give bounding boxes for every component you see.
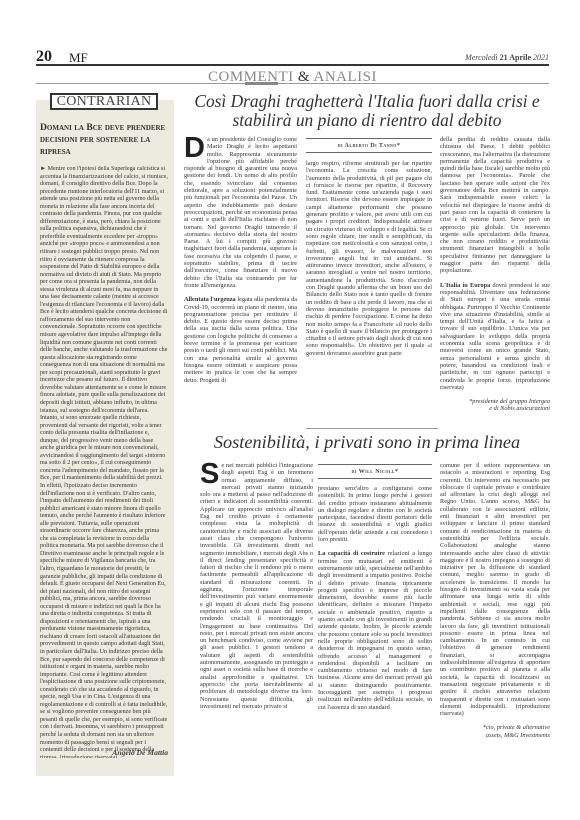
article1-col1: Da un presidente del Consiglio come Mari…	[184, 136, 297, 428]
sidebar-headline: Domani la Bce deve prendere decisioni pe…	[40, 122, 174, 158]
article-divider	[306, 428, 438, 429]
article1-subhead-1: Allentata l'urgenza	[184, 296, 236, 303]
issue-date: Mercoledì 21 Aprile 2021	[465, 53, 549, 62]
paper-name: MF	[69, 50, 88, 66]
article2-subhead: La capacità di costruire	[318, 550, 385, 557]
masthead: 20 MF Mercoledì 21 Aprile 2021	[36, 52, 549, 66]
article1-subhead-2: L'Italia in Europa	[440, 282, 490, 289]
article1-dropcap: D	[184, 137, 205, 159]
page-number: 20	[36, 48, 52, 66]
article1-headline: Così Draghi traghetterà l'Italia fuori d…	[184, 92, 550, 130]
article2-col2: prestano senz'altro a configurarsi come …	[318, 485, 432, 795]
bullet-arrow-icon: ►	[40, 166, 46, 172]
article1-col2: largo respiro, riforme strutturali per f…	[306, 160, 432, 428]
article2-headline: Sostenibilità, i privati sono in prima l…	[184, 432, 550, 452]
article2-byline: di Will Nicoll*	[318, 464, 432, 479]
section-title-underline	[245, 82, 278, 85]
article1-byline: di Alberto Di Tanno*	[306, 138, 432, 153]
contrarian-label: CONTRARIAN	[50, 93, 158, 110]
article2-footnote: *cio, private & alternativeassets, M&G I…	[440, 724, 550, 739]
sidebar-body: ► Mentre con l'ipotesi della Superlega c…	[40, 166, 168, 758]
section-title: COMMENTI & ANALISI	[36, 70, 549, 84]
article2-dropcap: S	[200, 463, 219, 485]
article2-col3: comune per il settore rappresentava un o…	[440, 462, 550, 772]
article1-footnote: *presidente del gruppo Intergeae di Nobi…	[440, 398, 550, 413]
article2-col1: Se nei mercati pubblici l'integrazione d…	[200, 462, 313, 792]
sidebar-signature: Angelo De Mattia	[40, 748, 168, 757]
article1-col3: della perdita di reddito causata dalla c…	[440, 136, 550, 426]
